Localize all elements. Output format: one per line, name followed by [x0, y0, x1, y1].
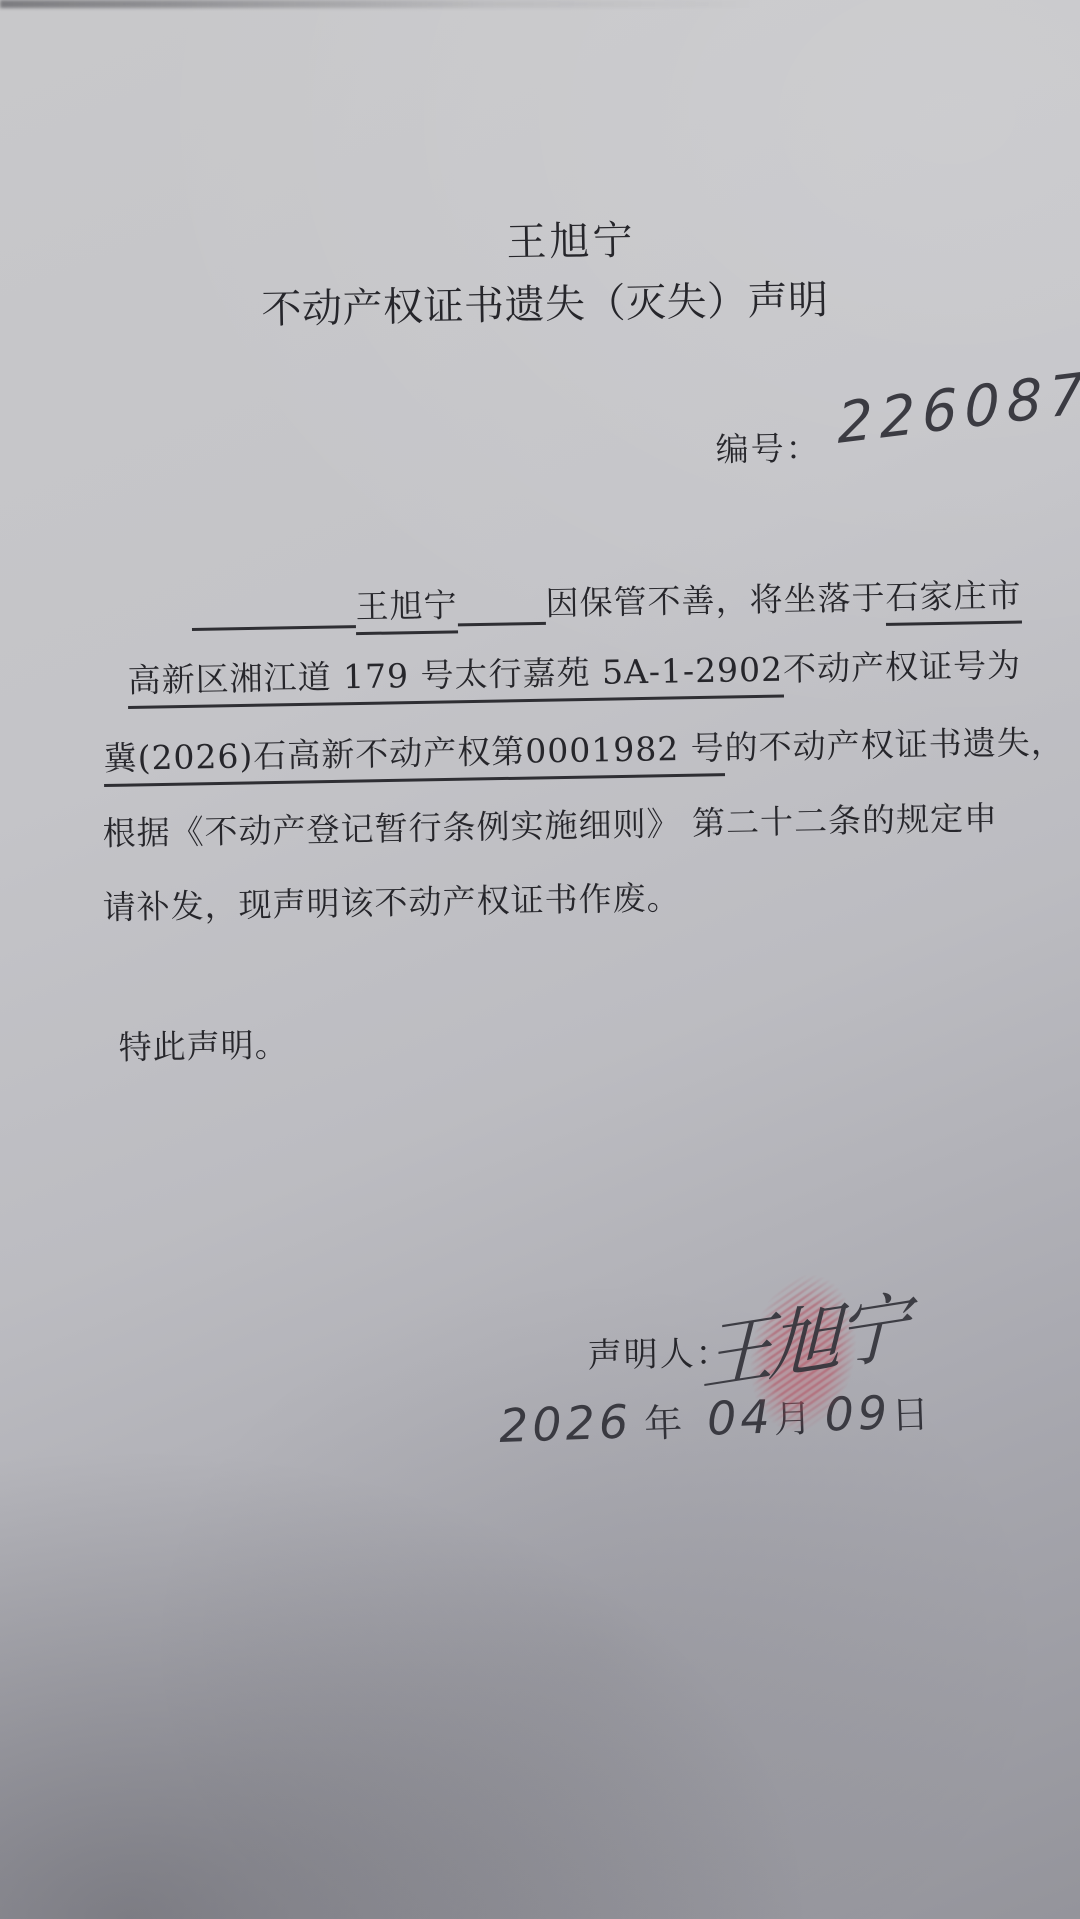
body-line-4: 根据《不动产登记暂行条例实施细则》 第二十二条的规定申 [102, 792, 998, 855]
body-line-1: 王旭宁因保管不善，将坐落于石家庄市 [191, 570, 1022, 631]
body-line-1-text: 因保管不善，将坐落于 [545, 578, 886, 623]
date-year: 2026 [498, 1394, 633, 1453]
date-day-unit: 日 [890, 1392, 931, 1437]
serial-label: 编号： [715, 422, 821, 471]
body-line-3-text: 的不动产权证书遗失， [724, 722, 1065, 767]
address-underlined-part1: 石家庄市 [885, 576, 1022, 626]
document-photo: 王旭宁 不动产权证书遗失（灭失）声明 编号： 226087 王旭宁因保管不善，将… [0, 0, 1080, 1919]
body-line-2-text: 不动产权证号为 [783, 645, 1022, 688]
body-line-5: 请补发，现声明该不动产权证书作废。 [102, 872, 681, 929]
fill-in-name: 王旭宁 [355, 585, 458, 635]
blank-underline-left [191, 583, 356, 631]
serial-value-handwritten: 226087 [837, 360, 1080, 457]
address-underlined-part2: 高新区湘江道 179 号太行嘉苑 5A-1-2902 [127, 650, 783, 709]
photo-top-edge-shadow [0, 0, 1080, 8]
cert-number-underlined: 冀(2026)石高新不动产权第0001982 号 [103, 728, 725, 787]
closing-statement: 特此声明。 [118, 1019, 289, 1069]
doc-title: 不动产权证书遗失（灭失）声明 [261, 268, 829, 335]
doc-owner-name: 王旭宁 [506, 209, 636, 268]
body-line-3: 冀(2026)石高新不动产权第0001982 号的不动产权证书遗失， [103, 716, 1065, 780]
blank-underline-right [457, 580, 546, 627]
date-year-unit: 年 [643, 1401, 684, 1446]
body-line-2: 高新区湘江道 179 号太行嘉苑 5A-1-2902不动产权证号为 [127, 639, 1021, 702]
